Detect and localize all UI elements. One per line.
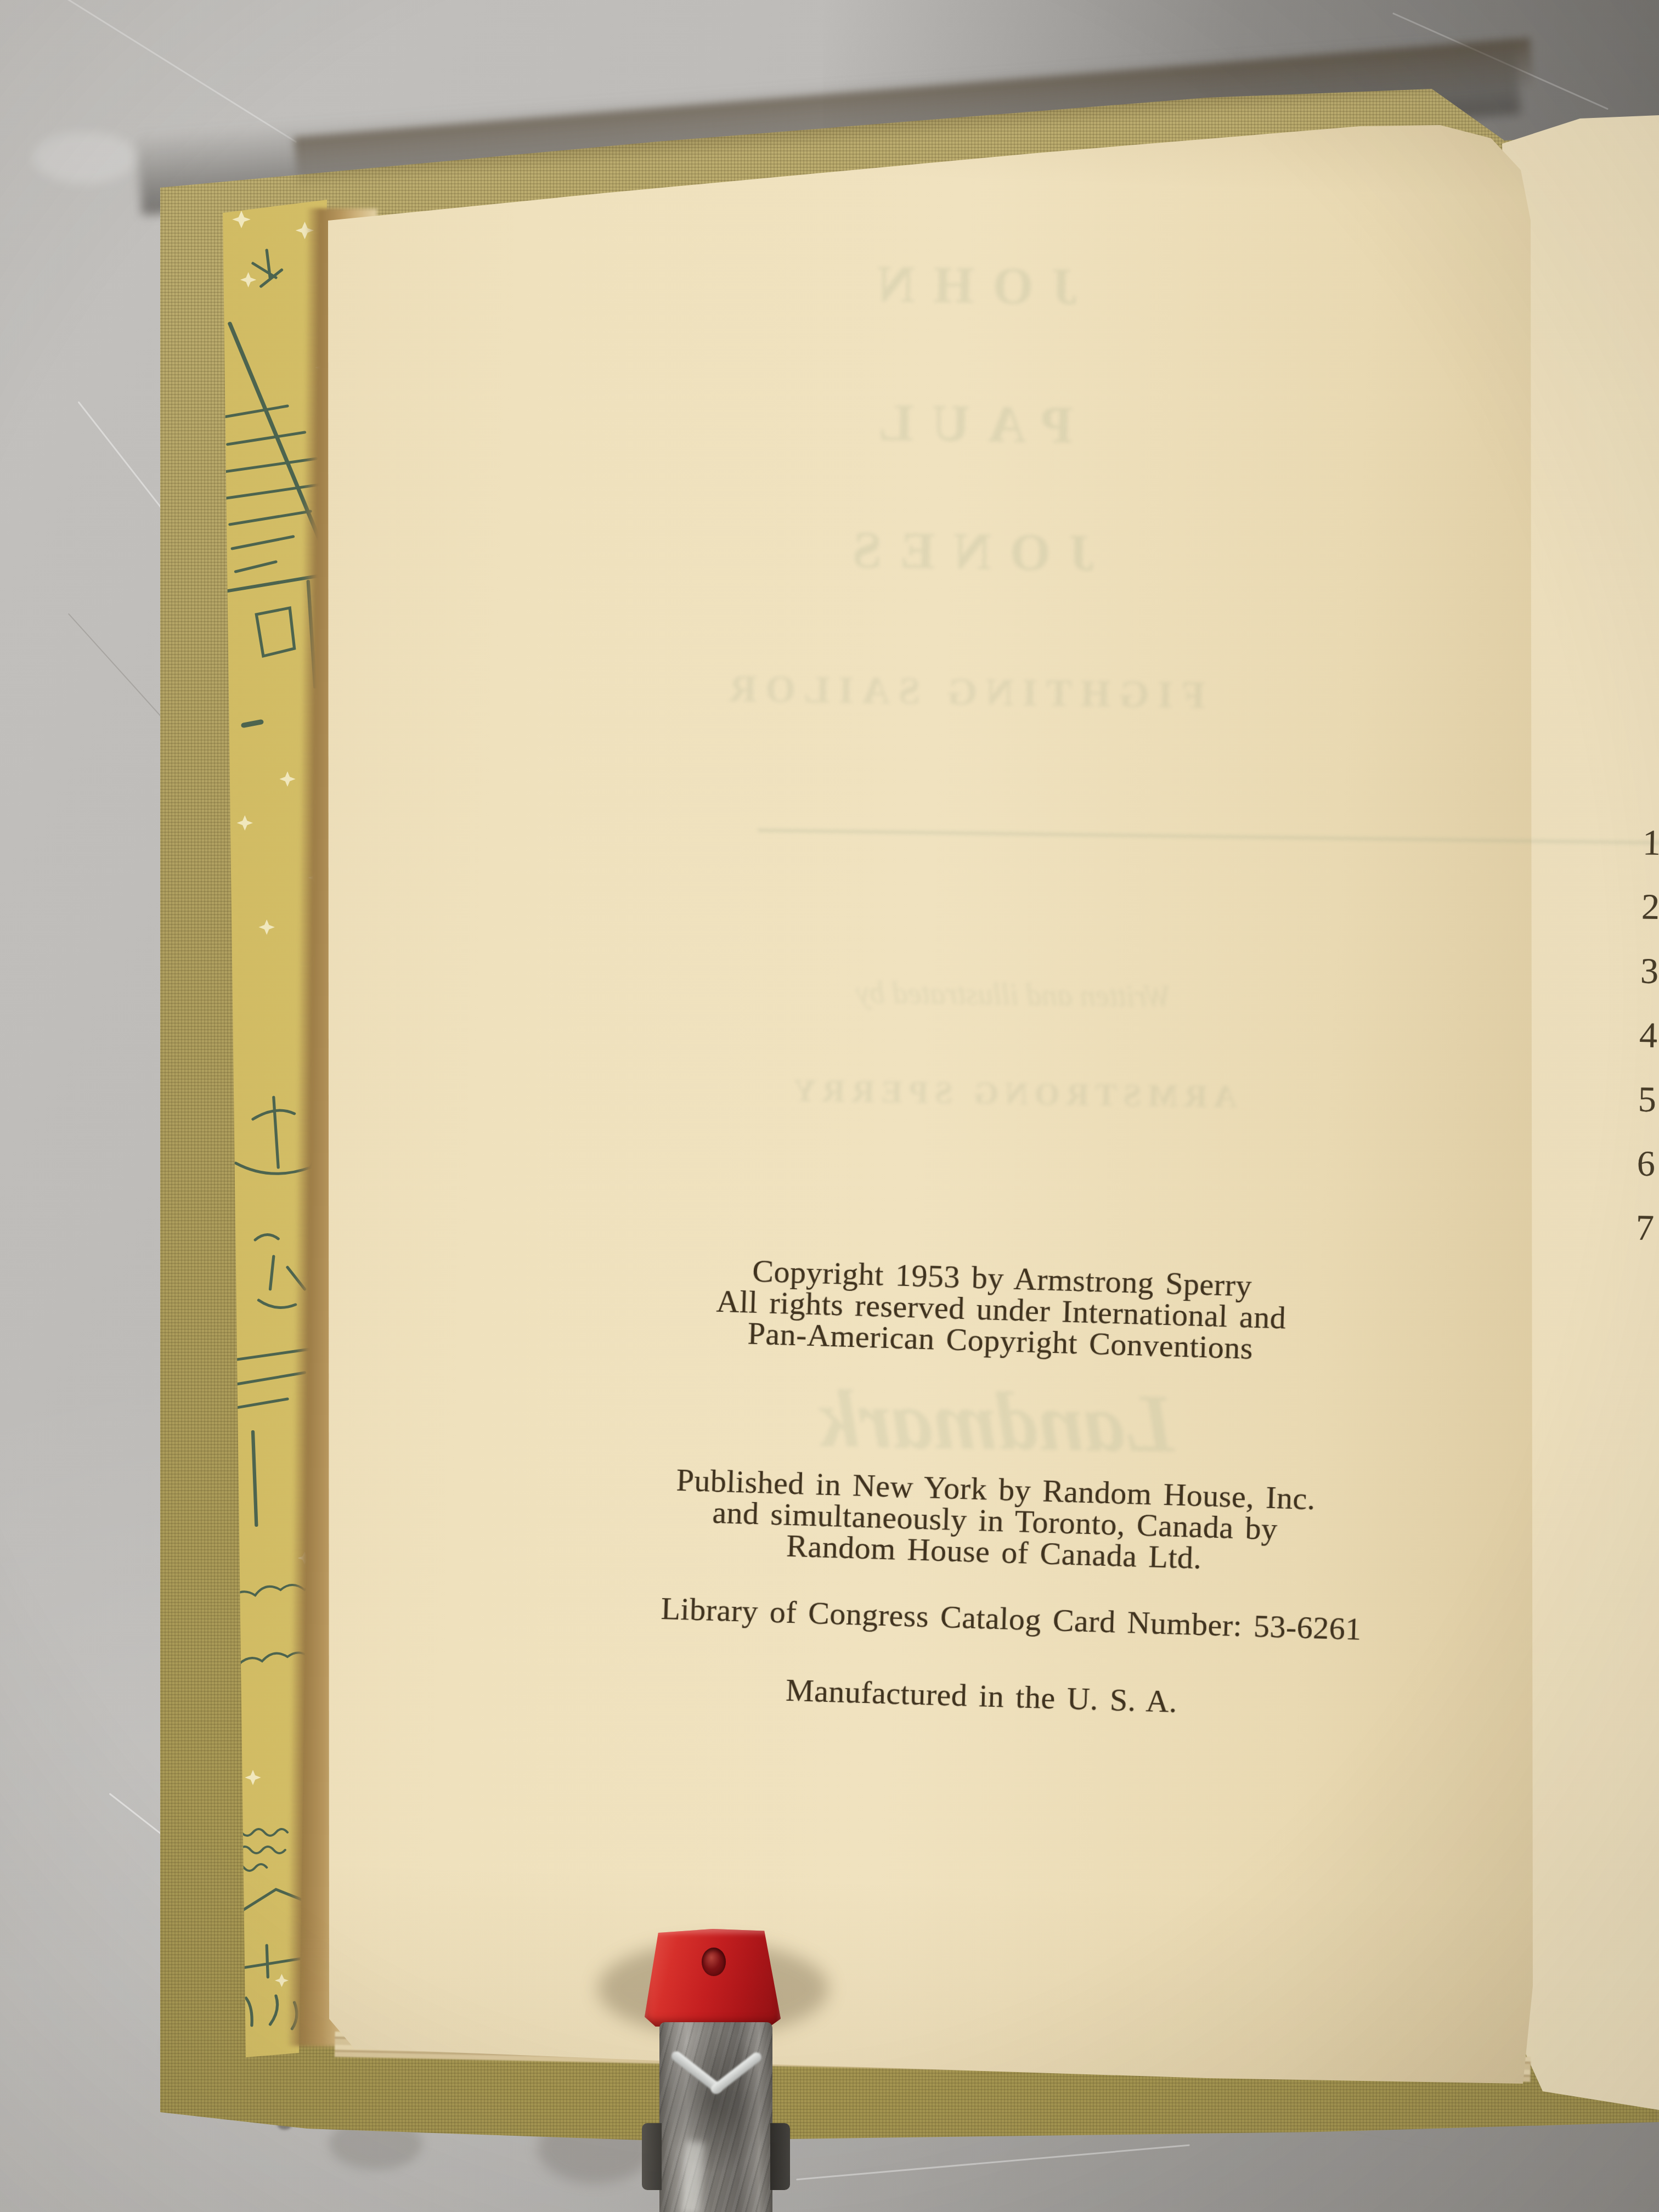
copyright-block: Copyright 1953 by Armstrong Sperry All r… <box>388 1244 1614 1374</box>
chapter-number: 7 <box>1635 1195 1659 1260</box>
ghost-author: ARMSTRONG SPERRY <box>436 1066 1588 1121</box>
clamp-metal-body <box>659 2022 772 2212</box>
clamp-hole <box>702 1948 726 1976</box>
ghost-subtitle: FIGHTING SAILOR <box>386 662 1539 722</box>
ghost-title-word: PAUL <box>390 388 1543 459</box>
clamp-chevron-right <box>709 2050 763 2096</box>
publisher-block: Published in New York by Random House, I… <box>382 1455 1608 1585</box>
ghost-rule <box>758 829 1659 848</box>
clamp-side-tab-left <box>642 2123 662 2190</box>
table-smudge <box>33 132 137 184</box>
imprint-text: Copyright 1953 by Armstrong Sperry All r… <box>376 1189 1616 1801</box>
clamp-side-tab-right <box>770 2123 790 2190</box>
chapter-number: 4 <box>1639 1003 1659 1068</box>
chapter-number: 5 <box>1638 1067 1659 1132</box>
loc-line: Library of Congress Catalog Card Number:… <box>380 1584 1604 1652</box>
ghost-title-word: JOHN <box>392 250 1544 320</box>
chapter-number: 2 <box>1641 875 1659 940</box>
chapter-number: 3 <box>1640 939 1659 1004</box>
photo-stage: JOHN PAUL JONES FIGHTING SAILOR Written … <box>0 0 1659 2212</box>
manufactured-line: Manufactured in the U. S. A. <box>378 1662 1602 1730</box>
clamp-sheen <box>681 2141 704 2212</box>
clamp-red-tip <box>645 1929 781 2027</box>
chapter-number: 6 <box>1637 1131 1659 1196</box>
chapter-number: 1 <box>1642 811 1659 876</box>
ghost-title-word: JONES <box>388 516 1541 586</box>
ghost-byline: Written and illustrated by <box>437 968 1590 1022</box>
